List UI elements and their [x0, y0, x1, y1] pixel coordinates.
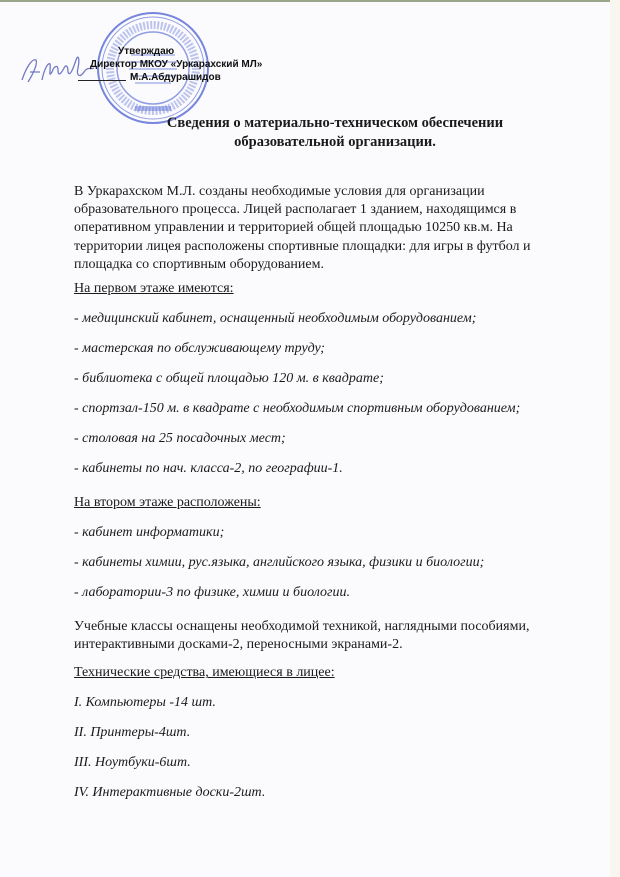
approval-label: Утверждаю: [92, 45, 292, 58]
approval-block: Утверждаю Директор МКОУ «Уркарахский МЛ»…: [92, 45, 292, 84]
list-item: - библиотека с общей площадью 120 м. в к…: [74, 370, 574, 400]
second-floor-heading: На втором этаже расположены:: [74, 494, 574, 524]
equipment-paragraph: Учебные классы оснащены необходимой техн…: [74, 618, 574, 654]
document-page: Утверждаю Директор МКОУ «Уркарахский МЛ»…: [0, 0, 610, 877]
intro-paragraph: В Уркарахском М.Л. созданы необходимые у…: [74, 183, 574, 274]
list-item: IV. Интерактивные доски-2шт.: [74, 784, 574, 814]
list-item: II. Принтеры-4шт.: [74, 724, 574, 754]
list-item: - кабинеты химии, рус.языка, английского…: [74, 554, 574, 584]
list-item: III. Ноутбуки-6шт.: [74, 754, 574, 784]
tech-heading: Технические средства, имеющиеся в лицее:: [74, 664, 574, 694]
list-item: - кабинет информатики;: [74, 524, 574, 554]
list-item: - столовая на 25 посадочных мест;: [74, 430, 574, 460]
list-item: I. Компьютеры -14 шт.: [74, 694, 574, 724]
list-item: - медицинский кабинет, оснащенный необхо…: [74, 310, 574, 340]
document-title: Сведения о материально-техническом обесп…: [110, 114, 560, 152]
list-item: - мастерская по обслуживающему труду;: [74, 340, 574, 370]
scan-edge: [610, 0, 620, 877]
approval-position: Директор МКОУ «Уркарахский МЛ»: [90, 58, 292, 71]
first-floor-heading: На первом этаже имеются:: [74, 280, 574, 310]
list-item: - лаборатории-3 по физике, химии и биоло…: [74, 584, 574, 614]
list-item: - спортзал-150 м. в квадрате с необходим…: [74, 400, 574, 430]
approval-name: М.А.Абдурашидов: [92, 71, 292, 84]
signature-icon: [18, 50, 98, 90]
document-body: В Уркарахском М.Л. созданы необходимые у…: [74, 183, 574, 814]
list-item: - кабинеты по нач. класса-2, по географи…: [74, 460, 574, 490]
